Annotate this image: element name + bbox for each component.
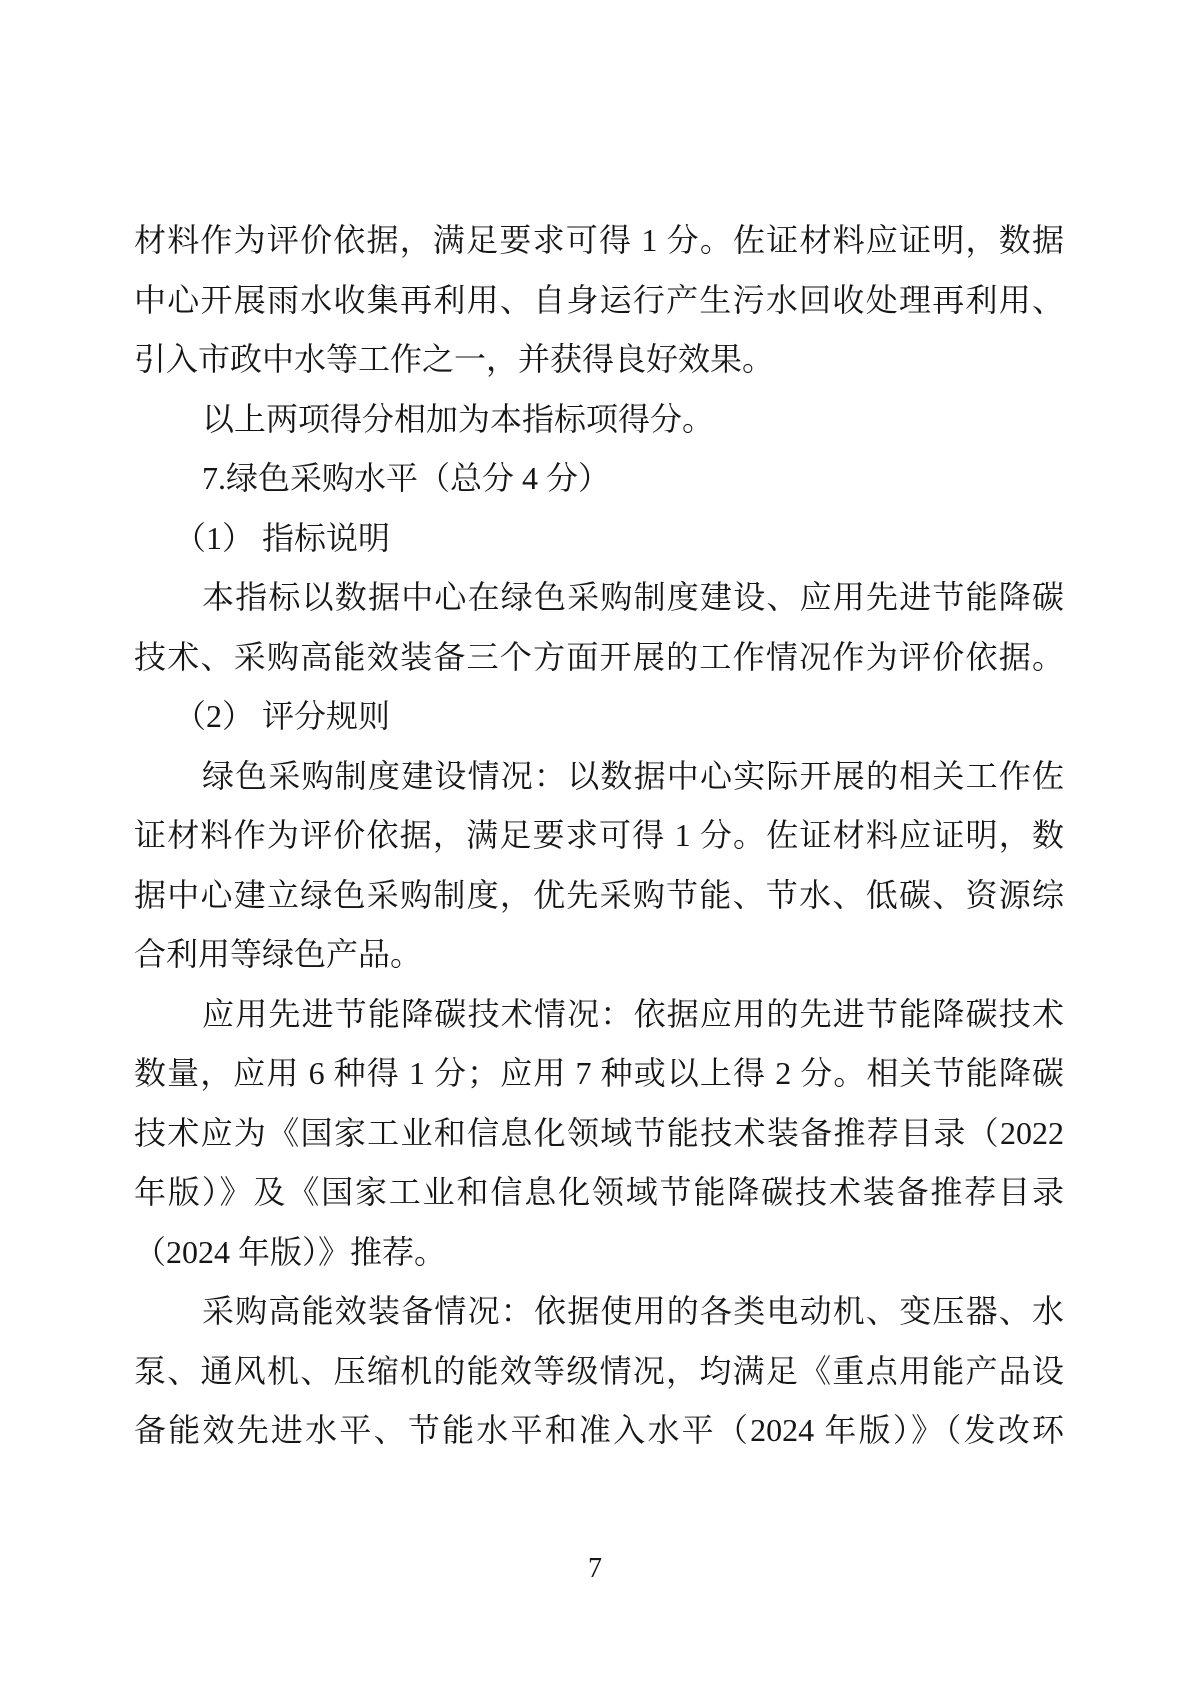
text-line-1: 材料作为评价依据，满足要求可得 1 分。佐证材料应证明，数据 — [134, 211, 1064, 271]
text-line-10: 绿色采购制度建设情况：以数据中心实际开展的相关工作佐 — [134, 747, 1064, 807]
text-line-16: 技术应为《国家工业和信息化领域节能技术装备推荐目录（2022 — [134, 1104, 1064, 1164]
text-line-7: 本指标以数据中心在绿色采购制度建设、应用先进节能降碳 — [134, 568, 1064, 628]
text-line-8: 技术、采购高能效装备三个方面开展的工作情况作为评价依据。 — [134, 628, 1064, 688]
text-line-21: 备能效先进水平、节能水平和准入水平（2024 年版）》（发改环 — [134, 1401, 1064, 1461]
text-line-11: 证材料作为评价依据，满足要求可得 1 分。佐证材料应证明，数 — [134, 806, 1064, 866]
text-line-17: 年版）》及《国家工业和信息化领域节能降碳技术装备推荐目录 — [134, 1163, 1064, 1223]
text-line-20: 泵、通风机、压缩机的能效等级情况，均满足《重点用能产品设 — [134, 1342, 1064, 1402]
text-line-4: 以上两项得分相加为本指标项得分。 — [134, 390, 1064, 450]
text-line-19: 采购高能效装备情况：依据使用的各类电动机、变压器、水 — [134, 1282, 1064, 1342]
text-line-12: 据中心建立绿色采购制度，优先采购节能、节水、低碳、资源综 — [134, 866, 1064, 926]
text-line-5: 7.绿色采购水平（总分 4 分） — [134, 449, 1064, 509]
text-line-2: 中心开展雨水收集再利用、自身运行产生污水回收处理再利用、 — [134, 271, 1064, 331]
text-line-6: （1） 指标说明 — [134, 509, 1064, 569]
text-line-13: 合利用等绿色产品。 — [134, 925, 1064, 985]
text-block: 材料作为评价依据，满足要求可得 1 分。佐证材料应证明，数据中心开展雨水收集再利… — [134, 211, 1064, 1461]
text-line-3: 引入市政中水等工作之一，并获得良好效果。 — [134, 330, 1064, 390]
text-line-18: （2024 年版）》推荐。 — [134, 1223, 1064, 1283]
text-line-14: 应用先进节能降碳技术情况：依据应用的先进节能降碳技术 — [134, 985, 1064, 1045]
document-page: 材料作为评价依据，满足要求可得 1 分。佐证材料应证明，数据中心开展雨水收集再利… — [0, 0, 1190, 1683]
text-line-9: （2） 评分规则 — [134, 687, 1064, 747]
page-number: 7 — [0, 1552, 1190, 1586]
text-line-15: 数量，应用 6 种得 1 分；应用 7 种或以上得 2 分。相关节能降碳 — [134, 1044, 1064, 1104]
